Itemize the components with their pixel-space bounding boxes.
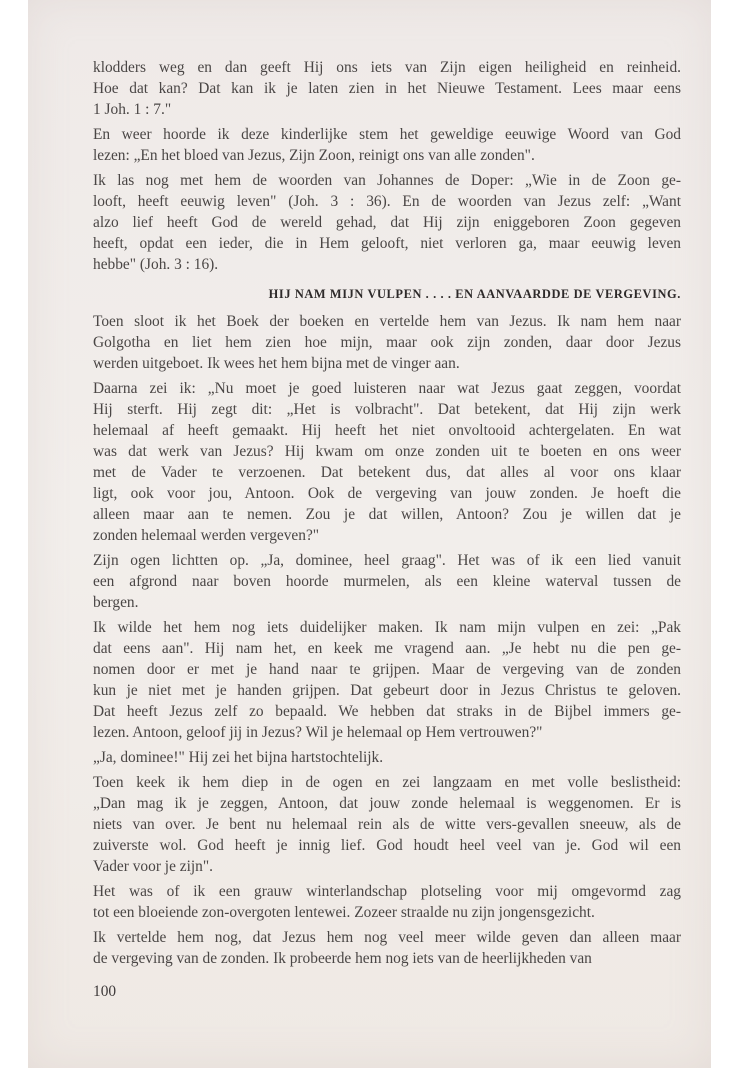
text-line: 1 Joh. 1 : 7." (93, 99, 681, 120)
paragraph: Toen sloot ik het Boek der boeken en ver… (93, 311, 681, 374)
paragraph: Zijn ogen lichtten op. „Ja, dominee, hee… (93, 550, 681, 613)
text-line: hebbe" (Joh. 3 : 16). (93, 254, 681, 275)
text-line: Toen keek ik hem diep in de ogen en zei … (93, 772, 681, 793)
text-line: zuiverste wol. God heeft je innig lief. … (93, 835, 681, 856)
text-line: Hoe dat kan? Dat kan ik je laten zien in… (93, 78, 681, 99)
text-line: En weer hoorde ik deze kinderlijke stem … (93, 124, 681, 145)
text-line: Vader voor je zijn". (93, 856, 681, 877)
paragraph: Ik vertelde hem nog, dat Jezus hem nog v… (93, 927, 681, 969)
text-line: Golgotha en liet hem zien hoe mijn, maar… (93, 332, 681, 353)
paragraph: „Ja, dominee!" Hij zei het bijna hartsto… (93, 747, 681, 768)
text-line: werden uitgeboet. Ik wees het hem bijna … (93, 353, 681, 374)
text-line: dat eens aan". Hij nam het, en keek me v… (93, 638, 681, 659)
text-line: nomen door er met je hand naar te grijpe… (93, 659, 681, 680)
text-line: een afgrond naar boven hoorde murmelen, … (93, 571, 681, 592)
text-line: zonden helemaal werden vergeven?" (93, 525, 681, 546)
paragraph: Ik wilde het hem nog iets duidelijker ma… (93, 617, 681, 743)
text-line: „Dan mag ik je zeggen, Antoon, dat jouw … (93, 793, 681, 814)
text-line: alleen maar aan te nemen. Zou je dat wil… (93, 504, 681, 525)
text-line: helemaal af heeft gemaakt. Hij heeft het… (93, 420, 681, 441)
text-line: met de Vader te verzoenen. Dat betekent … (93, 462, 681, 483)
text-after-heading: Toen sloot ik het Boek der boeken en ver… (93, 311, 681, 969)
paragraph: Toen keek ik hem diep in de ogen en zei … (93, 772, 681, 877)
text-line: kun je niet met je handen grijpen. Dat g… (93, 680, 681, 701)
text-line: ligt, ook voor jou, Antoon. Ook de verge… (93, 483, 681, 504)
paragraph: Daarna zei ik: „Nu moet je goed luistere… (93, 378, 681, 546)
text-line: Ik las nog met hem de woorden van Johann… (93, 170, 681, 191)
text-line: lezen: „En het bloed van Jezus, Zijn Zoo… (93, 145, 681, 166)
page-body: klodders weg en dan geeft Hij ons iets v… (93, 57, 681, 973)
text-line: Zijn ogen lichtten op. „Ja, dominee, hee… (93, 550, 681, 571)
text-line: Daarna zei ik: „Nu moet je goed luistere… (93, 378, 681, 399)
text-line: Hij sterft. Hij zegt dit: „Het is volbra… (93, 399, 681, 420)
text-line: Ik vertelde hem nog, dat Jezus hem nog v… (93, 927, 681, 948)
text-line: alzo lief heeft God de wereld gehad, dat… (93, 212, 681, 233)
text-line: looft, heeft eeuwig leven" (Joh. 3 : 36)… (93, 191, 681, 212)
text-line: klodders weg en dan geeft Hij ons iets v… (93, 57, 681, 78)
text-line: de vergeving van de zonden. Ik probeerde… (93, 948, 681, 969)
text-line: Toen sloot ik het Boek der boeken en ver… (93, 311, 681, 332)
book-page: klodders weg en dan geeft Hij ons iets v… (28, 0, 711, 1068)
text-line: „Ja, dominee!" Hij zei het bijna hartsto… (93, 747, 681, 768)
text-before-heading: klodders weg en dan geeft Hij ons iets v… (93, 57, 681, 275)
paragraph: Het was of ik een grauw winterlandschap … (93, 881, 681, 923)
text-line: Dat heeft Jezus zelf zo bepaald. We hebb… (93, 701, 681, 722)
text-line: tot een bloeiende zon-overgoten lentewei… (93, 902, 681, 923)
paragraph: Ik las nog met hem de woorden van Johann… (93, 170, 681, 275)
text-line: bergen. (93, 592, 681, 613)
paragraph: klodders weg en dan geeft Hij ons iets v… (93, 57, 681, 120)
text-line: lezen. Antoon, geloof jij in Jezus? Wil … (93, 722, 681, 743)
text-line: heeft, opdat een ieder, die in Hem geloo… (93, 233, 681, 254)
text-line: was dat werk van Jezus? Hij kwam om onze… (93, 441, 681, 462)
paragraph: En weer hoorde ik deze kinderlijke stem … (93, 124, 681, 166)
text-line: Het was of ik een grauw winterlandschap … (93, 881, 681, 902)
page-number: 100 (93, 983, 116, 1001)
text-line: Ik wilde het hem nog iets duidelijker ma… (93, 617, 681, 638)
section-heading: HIJ NAM MIJN VULPEN . . . . EN AANVAARDD… (93, 284, 681, 305)
text-line: niets van over. Je bent nu helemaal rein… (93, 814, 681, 835)
